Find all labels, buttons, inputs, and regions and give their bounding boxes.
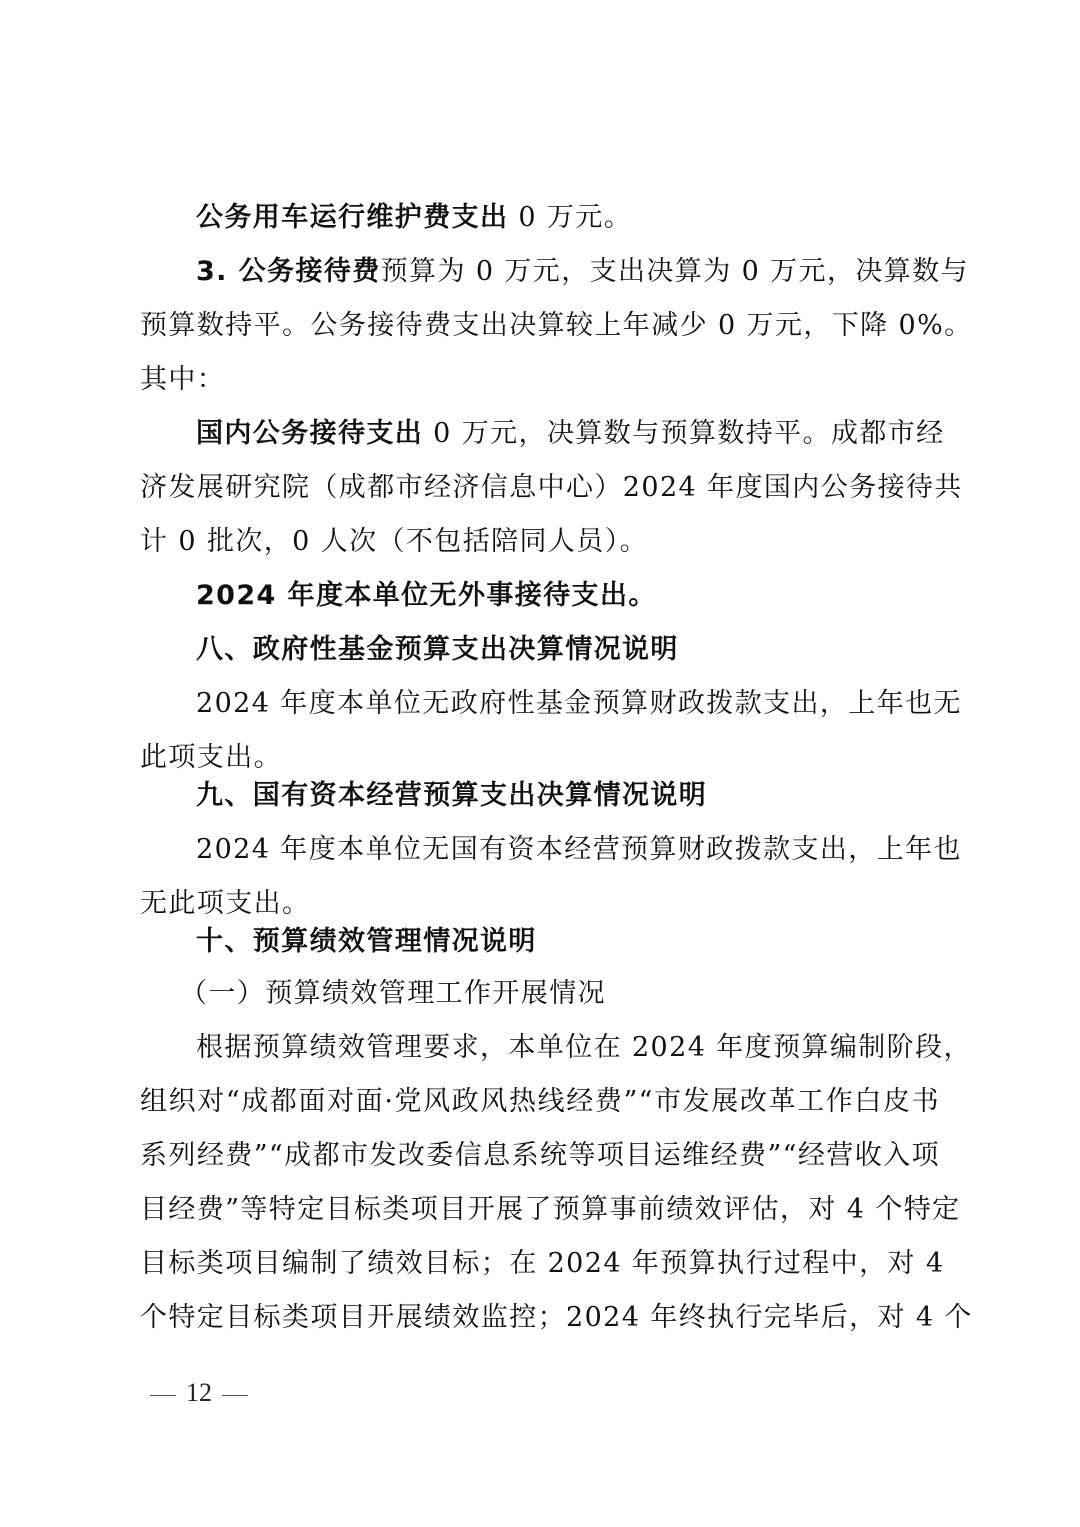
paragraph-vehicle-maintenance: 公务用车运行维护费支出 0 万元。	[196, 198, 940, 238]
heading-section-9: 九、国有资本经营预算支出决算情况说明	[196, 776, 940, 816]
paragraph-domestic-reception: 国内公务接待支出 0 万元，决算数与预算数持平。成都市经	[196, 414, 940, 454]
text-line: 此项支出。	[140, 738, 940, 778]
text-line: 其中：	[140, 360, 940, 400]
text-line: 济发展研究院（成都市经济信息中心）2024 年度国内公务接待共	[140, 468, 940, 508]
bold-label: 国内公务接待支出	[196, 418, 423, 449]
document-page: 公务用车运行维护费支出 0 万元。 3. 公务接待费预算为 0 万元，支出决算为…	[0, 0, 1080, 1527]
text-line: 目标类项目编制了绩效目标；在 2024 年预算执行过程中，对 4	[140, 1244, 940, 1284]
text-line: 目经费”等特定目标类项目开展了预算事前绩效评估，对 4 个特定	[140, 1190, 940, 1230]
dash-left	[150, 1395, 176, 1396]
text-line: 2024 年度本单位无政府性基金预算财政拨款支出，上年也无	[196, 684, 940, 724]
dash-right	[222, 1395, 248, 1396]
text-line: 系列经费”“成都市发改委信息系统等项目运维经费”“经营收入项	[140, 1136, 940, 1176]
text-line: 2024 年度本单位无国有资本经营预算财政拨款支出，上年也	[196, 830, 940, 870]
paragraph-reception-1: 3. 公务接待费预算为 0 万元，支出决算为 0 万元，决算数与	[196, 252, 940, 292]
subheading-1: （一）预算绩效管理工作开展情况	[180, 974, 980, 1014]
bold-label: 公务用车运行维护费支出	[196, 202, 508, 233]
page-footer: 12	[140, 1378, 258, 1408]
heading-section-8: 八、政府性基金预算支出决算情况说明	[196, 630, 940, 670]
heading-section-10: 十、预算绩效管理情况说明	[196, 922, 940, 962]
paragraph-no-foreign-reception: 2024 年度本单位无外事接待支出。	[196, 576, 940, 616]
page-number: 12	[186, 1378, 212, 1407]
text-line: 预算数持平。公务接待费支出决算较上年减少 0 万元，下降 0%。	[140, 306, 940, 346]
text-line: 无此项支出。	[140, 884, 940, 924]
bold-label: 3. 公务接待费	[196, 256, 381, 287]
text-line: 个特定目标类项目开展绩效监控；2024 年终执行完毕后，对 4 个	[140, 1298, 940, 1338]
text-line: 根据预算绩效管理要求，本单位在 2024 年度预算编制阶段，	[196, 1028, 940, 1068]
text-line: 计 0 批次，0 人次（不包括陪同人员）。	[140, 522, 940, 562]
text-line: 组织对“成都面对面·党风政风热线经费”“市发展改革工作白皮书	[140, 1082, 940, 1122]
